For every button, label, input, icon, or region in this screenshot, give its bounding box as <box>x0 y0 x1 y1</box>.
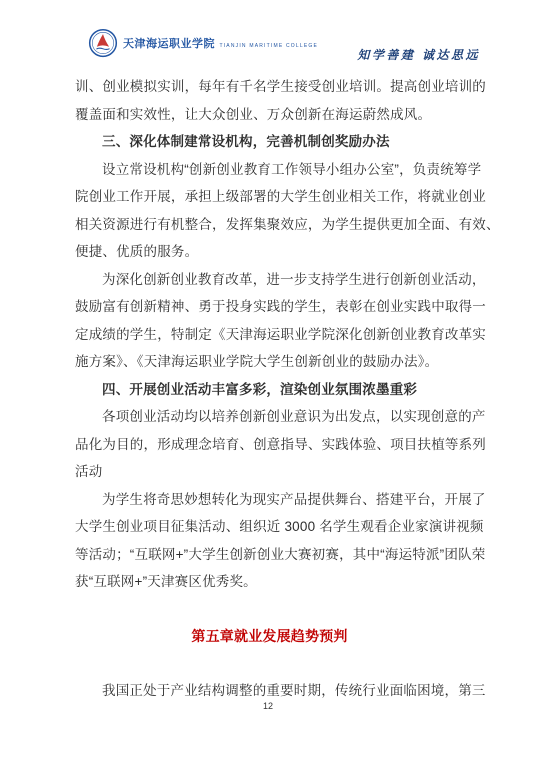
section-heading: 四、开展创业活动丰富多彩，渲染创业氛围浓墨重彩 <box>75 376 464 404</box>
section-heading: 三、深化体制建常设机构，完善机制创奖励办法 <box>75 128 464 156</box>
text-line: 等活动；“互联网+”大学生创新创业大赛初赛，其中“海运特派”团队荣 <box>75 541 464 569</box>
page-footer: 12 <box>0 701 536 711</box>
text-line: 活动 <box>75 458 464 486</box>
document-body: 训、创业模拟实训，每年有千名学生接受创业培训。提高创业培训的覆盖面和实效性，让大… <box>75 73 464 705</box>
text-line: 鼓励富有创新精神、勇于投身实践的学生，表彰在创业实践中取得一 <box>75 293 464 321</box>
college-name-block: 天津海运职业学院 TIANJIN MARITIME COLLEGE <box>123 34 318 52</box>
chapter-heading: 第五章就业发展趋势预判 <box>75 623 464 651</box>
text-line: 大学生创业项目征集活动、组织近 3000 名学生观看企业家演讲视频 <box>75 513 464 541</box>
page-number: 12 <box>263 701 273 711</box>
college-logo: 天津海运职业学院 TIANJIN MARITIME COLLEGE <box>88 28 318 58</box>
text-line: 设立常设机构“创新创业教育工作领导小组办公室”，负责统筹学 <box>75 156 464 184</box>
text-line: 为学生将奇思妙想转化为现实产品提供舞台、搭建平台，开展了 <box>75 486 464 514</box>
text-line: 院创业工作开展，承担上级部署的大学生创业相关工作，将就业创业 <box>75 183 464 211</box>
college-name-en: TIANJIN MARITIME COLLEGE <box>219 43 318 49</box>
college-name-cn: 天津海运职业学院 <box>123 37 215 50</box>
page-header: 天津海运职业学院 TIANJIN MARITIME COLLEGE 知学善建 诚… <box>88 28 480 63</box>
text-line: 训、创业模拟实训，每年有千名学生接受创业培训。提高创业培训的 <box>75 73 464 101</box>
text-line: 品化为目的，形成理念培育、创意指导、实践体验、项目扶植等系列 <box>75 431 464 459</box>
document-page: 天津海运职业学院 TIANJIN MARITIME COLLEGE 知学善建 诚… <box>0 0 536 768</box>
text-line: 便捷、优质的服务。 <box>75 238 464 266</box>
text-line: 相关资源进行有机整合，发挥集聚效应，为学生提供更加全面、有效、 <box>75 211 464 239</box>
text-line: 各项创业活动均以培养创新创业意识为出发点，以实现创意的产 <box>75 403 464 431</box>
text-line: 获“互联网+”天津赛区优秀奖。 <box>75 568 464 596</box>
text-line: 覆盖面和实效性，让大众创业、万众创新在海运蔚然成风。 <box>75 101 464 129</box>
text-line: 定成绩的学生，特制定《天津海运职业学院深化创新创业教育改革实 <box>75 321 464 349</box>
college-motto: 知学善建 诚达思远 <box>357 46 480 63</box>
text-line: 施方案》、《天津海运职业学院大学生创新创业的鼓励办法》。 <box>75 348 464 376</box>
text-line: 为深化创新创业教育改革，进一步支持学生进行创新创业活动， <box>75 266 464 294</box>
sail-over-waves-emblem-icon <box>88 28 118 58</box>
